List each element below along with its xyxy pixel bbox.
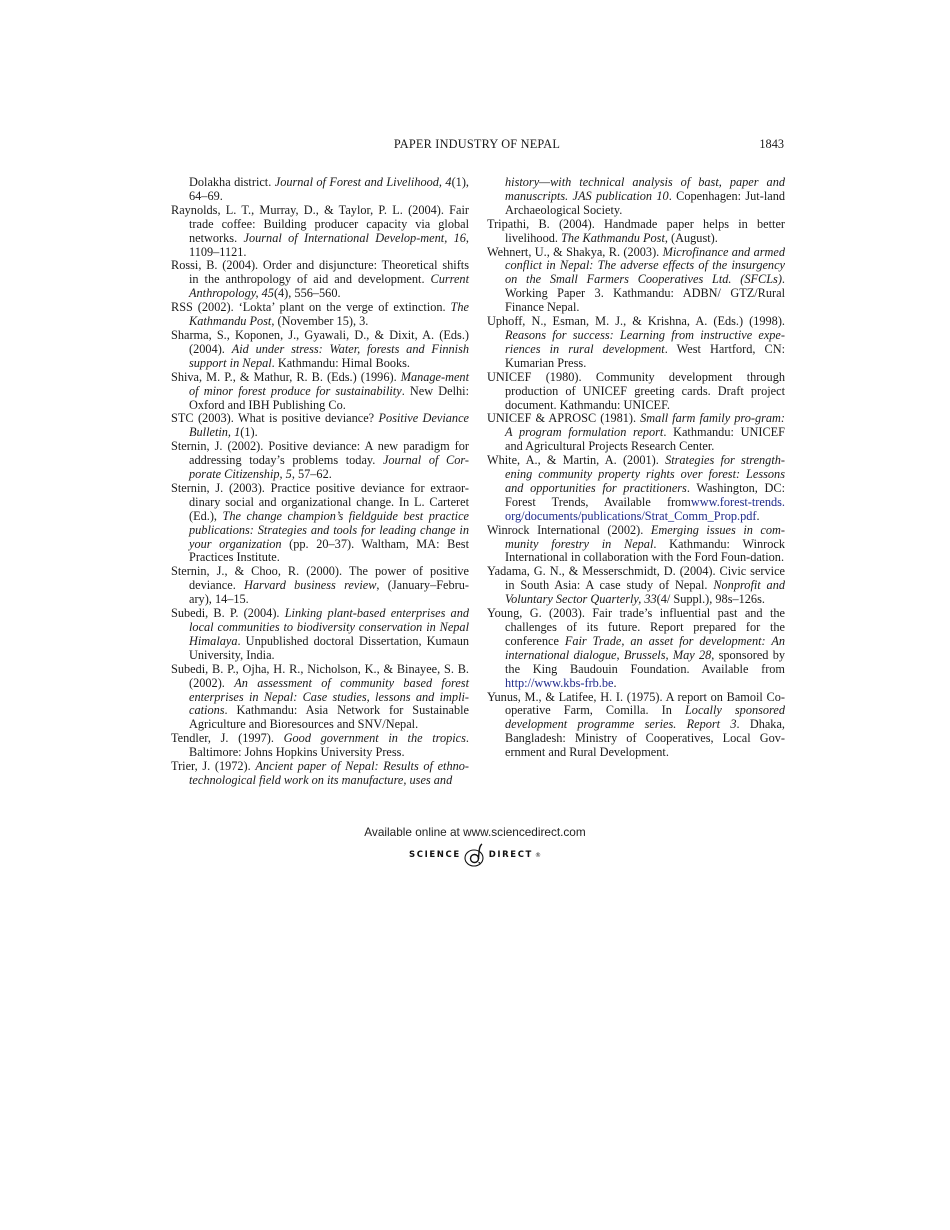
reference-italic-title: Journal of International Develop-ment, 1… <box>244 231 466 245</box>
references-left-column: Dolakha district. Journal of Forest and … <box>171 176 469 788</box>
reference-entry: Winrock International (2002). Emerging i… <box>487 524 785 566</box>
reference-link[interactable]: http://www.kbs-frb.be <box>505 676 614 690</box>
reference-text: Subedi, B. P. (2004). <box>171 606 285 620</box>
reference-entry: Tendler, J. (1997). Good government in t… <box>171 732 469 760</box>
reference-text: (4), 556–560. <box>274 286 341 300</box>
registered-mark: ® <box>535 852 541 859</box>
running-header: PAPER INDUSTRY OF NEPAL 1843 <box>170 137 784 153</box>
sciencedirect-logo: SCIENCE DIRECT® <box>409 842 541 868</box>
running-title: PAPER INDUSTRY OF NEPAL <box>170 137 784 152</box>
reference-entry: Young, G. (2003). Fair trade’s influenti… <box>487 607 785 690</box>
reference-entry: Raynolds, L. T., Murray, D., & Taylor, P… <box>171 204 469 260</box>
reference-text: , 57–62. <box>292 467 332 481</box>
reference-entry: Rossi, B. (2004). Order and disjuncture:… <box>171 259 469 301</box>
reference-entry: UNICEF (1980). Community development thr… <box>487 371 785 413</box>
reference-text: . <box>614 676 617 690</box>
reference-text: Tendler, J. (1997). <box>171 731 284 745</box>
reference-text: (1). <box>240 425 257 439</box>
reference-entry: Wehnert, U., & Shakya, R. (2003). Microf… <box>487 246 785 316</box>
reference-continuation: Dolakha district. Journal of Forest and … <box>171 176 469 204</box>
reference-text: (4/ Suppl.), 98s–126s. <box>657 592 765 606</box>
available-online-text: Available online at www.sciencedirect.co… <box>0 825 950 839</box>
reference-text: , (August). <box>665 231 718 245</box>
reference-text: Rossi, B. (2004). Order and disjuncture:… <box>171 258 469 286</box>
reference-text: Dolakha district. <box>189 175 275 189</box>
reference-entry: RSS (2002). ‘Lokta’ plant on the verge o… <box>171 301 469 329</box>
reference-text: White, A., & Martin, A. (2001). <box>487 453 665 467</box>
reference-text: . Kathmandu: Asia Network for Sustainabl… <box>189 703 469 731</box>
reference-entry: Shiva, M. P., & Mathur, R. B. (Eds.) (19… <box>171 371 469 413</box>
page-number: 1843 <box>759 137 784 152</box>
reference-entry: Trier, J. (1972). Ancient paper of Nepal… <box>171 760 469 788</box>
reference-text: Uphoff, N., Esman, M. J., & Krishna, A. … <box>487 314 785 328</box>
sciencedirect-d-icon <box>463 842 487 868</box>
reference-entry: Subedi, B. P. (2004). Linking plant-base… <box>171 607 469 663</box>
reference-text: UNICEF & APROSC (1981). <box>487 411 640 425</box>
reference-italic-title: Good government in the tropics <box>284 731 466 745</box>
logo-science-text: SCIENCE <box>409 850 461 860</box>
reference-text: RSS (2002). ‘Lokta’ plant on the verge o… <box>171 300 451 314</box>
reference-entry: Sternin, J. (2002). Positive deviance: A… <box>171 440 469 482</box>
reference-italic-title: Journal of Forest and Livelihood, <box>275 175 442 189</box>
reference-entry: White, A., & Martin, A. (2001). Strategi… <box>487 454 785 524</box>
reference-text: STC (2003). What is positive deviance? <box>171 411 379 425</box>
reference-text: Trier, J. (1972). <box>171 759 255 773</box>
reference-entry: Yadama, G. N., & Messerschmidt, D. (2004… <box>487 565 785 607</box>
reference-entry: UNICEF & APROSC (1981). Small farm famil… <box>487 412 785 454</box>
reference-italic-title: Harvard business review <box>244 578 376 592</box>
reference-entry: Sternin, J., & Choo, R. (2000). The powe… <box>171 565 469 607</box>
reference-entry: Yunus, M., & Latifee, H. I. (1975). A re… <box>487 691 785 761</box>
reference-text: Shiva, M. P., & Mathur, R. B. (Eds.) (19… <box>171 370 401 384</box>
reference-entry: Tripathi, B. (2004). Handmade paper help… <box>487 218 785 246</box>
reference-text: , (November 15), 3. <box>271 314 368 328</box>
footer: Available online at www.sciencedirect.co… <box>0 825 950 868</box>
reference-text: Wehnert, U., & Shakya, R. (2003). <box>487 245 663 259</box>
reference-entry: Subedi, B. P., Ojha, H. R., Nicholson, K… <box>171 663 469 733</box>
reference-text: UNICEF (1980). Community development thr… <box>487 370 785 412</box>
reference-entry: Sharma, S., Koponen, J., Gyawali, D., & … <box>171 329 469 371</box>
reference-entry: STC (2003). What is positive deviance? P… <box>171 412 469 440</box>
reference-entry: Uphoff, N., Esman, M. J., & Krishna, A. … <box>487 315 785 371</box>
reference-continuation: history—with technical analysis of bast,… <box>487 176 785 218</box>
reference-text: . Kathmandu: Himal Books. <box>272 356 410 370</box>
reference-entry: Sternin, J. (2003). Practice positive de… <box>171 482 469 565</box>
references-right-column: history—with technical analysis of bast,… <box>487 176 785 760</box>
logo-direct-text: DIRECT <box>489 850 533 860</box>
reference-text: Winrock International (2002). <box>487 523 651 537</box>
reference-text: . <box>757 509 760 523</box>
reference-italic-title: The Kathmandu Post <box>561 231 665 245</box>
